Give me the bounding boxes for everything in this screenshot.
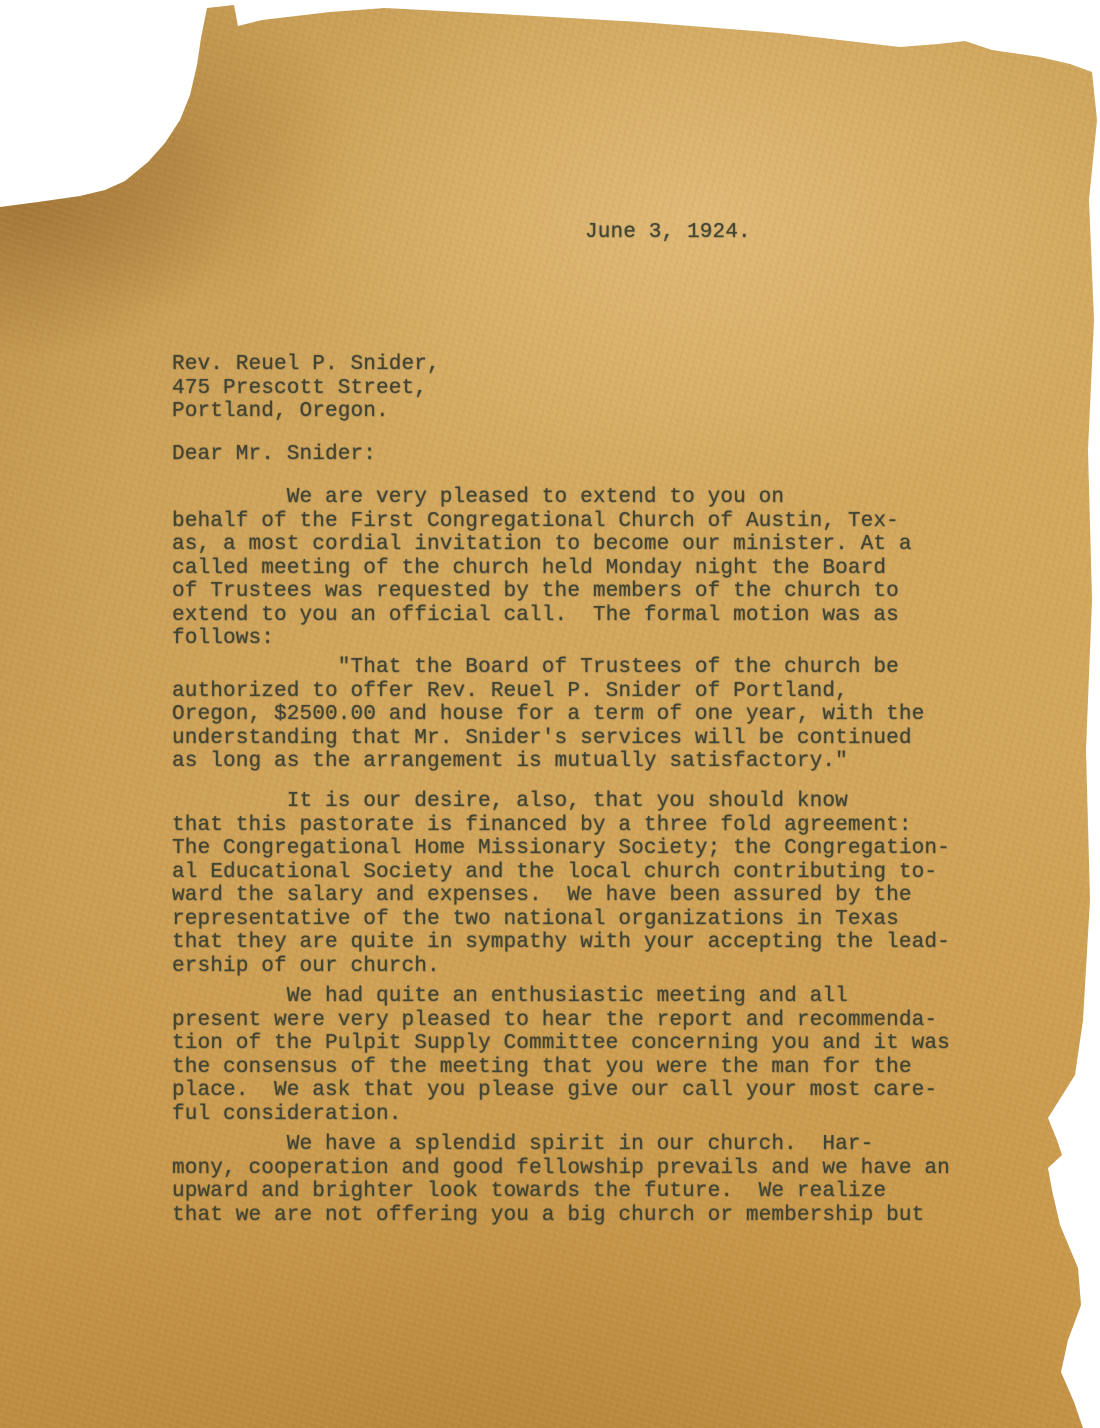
body-paragraph-4: We had quite an enthusiastic meeting and… (172, 985, 950, 1126)
letter-content: June 3, 1924. Rev. Reuel P. Snider,475 P… (0, 0, 1100, 1428)
recipient-name: Rev. Reuel P. Snider, (172, 353, 440, 376)
body-paragraph-3: It is our desire, also, that you should … (172, 790, 950, 978)
scan-background: June 3, 1924. Rev. Reuel P. Snider,475 P… (0, 0, 1100, 1428)
recipient-address: Rev. Reuel P. Snider,475 Prescott Street… (172, 353, 440, 424)
body-paragraph-1: We are very pleased to extend to you on … (172, 486, 912, 651)
salutation: Dear Mr. Snider: (172, 443, 376, 467)
body-paragraph-quote: "That the Board of Trustees of the churc… (172, 656, 924, 774)
recipient-street: 475 Prescott Street, (172, 377, 427, 400)
body-paragraph-5: We have a splendid spirit in our church.… (172, 1133, 950, 1227)
letter-date: June 3, 1924. (585, 221, 751, 245)
recipient-city: Portland, Oregon. (172, 400, 389, 423)
